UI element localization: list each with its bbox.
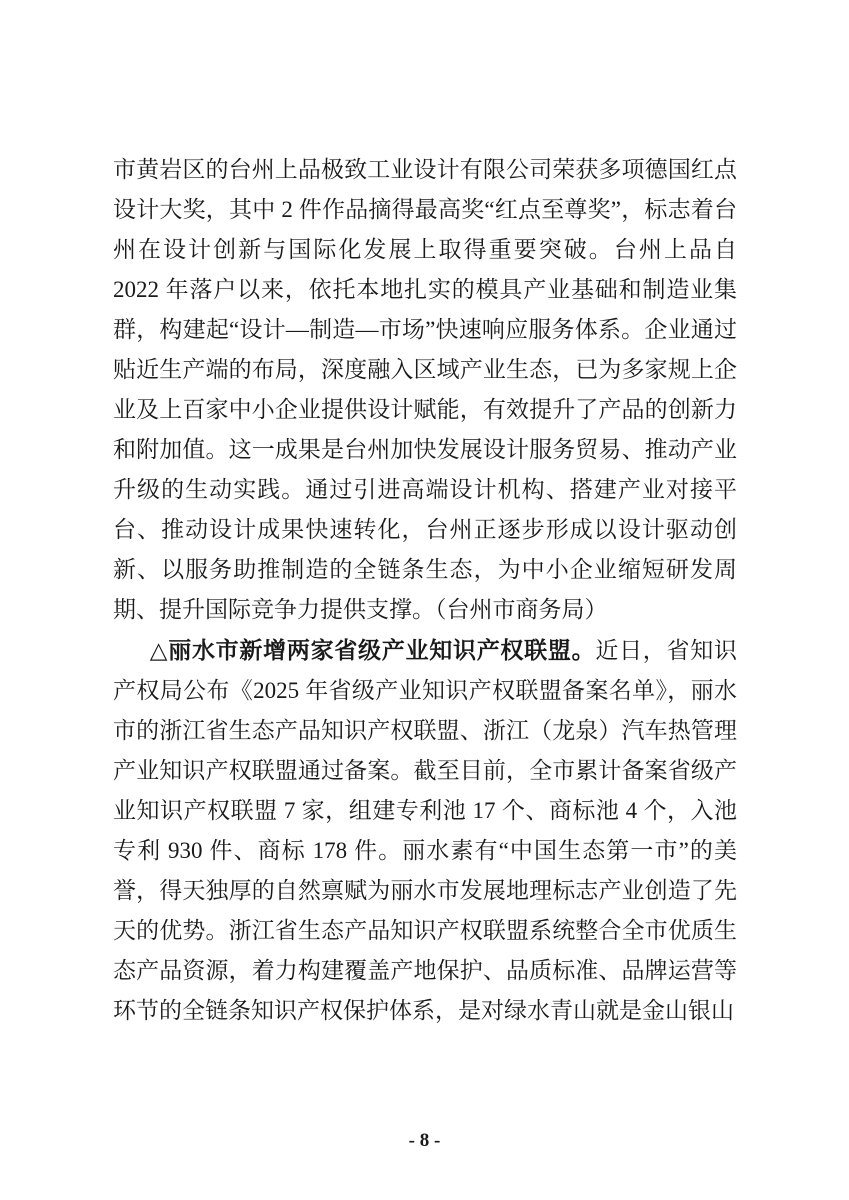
paragraph-text: 市黄岩区的台州上品极致工业设计有限公司荣获多项德国红点设计大奖，其中 2 件作品… [113,157,737,622]
page-number: - 8 - [0,1130,849,1152]
paragraph-text: 近日，省知识产权局公布《2025 年省级产业知识产权联盟备案名单》，丽水市的浙江… [113,638,737,1023]
paragraph-lead-bold: △丽水市新增两家省级产业知识产权联盟。 [150,637,596,663]
document-page: 市黄岩区的台州上品极致工业设计有限公司荣获多项德国红点设计大奖，其中 2 件作品… [0,0,849,1200]
document-body: 市黄岩区的台州上品极致工业设计有限公司荣获多项德国红点设计大奖，其中 2 件作品… [113,149,737,1031]
paragraph-lishui-ip-alliance: △丽水市新增两家省级产业知识产权联盟。近日，省知识产权局公布《2025 年省级产… [113,630,737,1031]
paragraph-taizhou-design: 市黄岩区的台州上品极致工业设计有限公司荣获多项德国红点设计大奖，其中 2 件作品… [113,149,737,630]
